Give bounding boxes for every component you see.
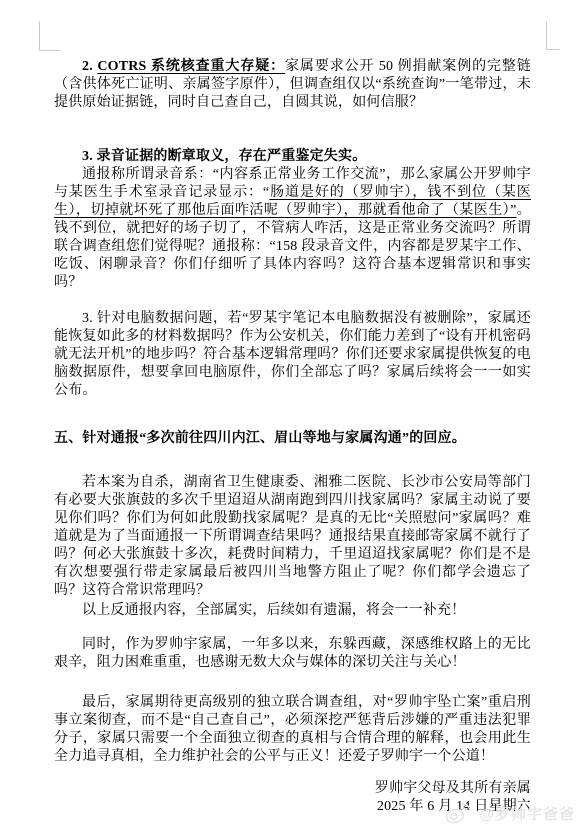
watermark-handle: @罗帅宇爸爸 [479,803,575,824]
document-page: 2. COTRS 系统核查重大存疑：家属要求公开 50 例捐献案例的完整链（含供… [0,0,582,834]
paragraph-cotrs-doubt: 2. COTRS 系统核查重大存疑：家属要求公开 50 例捐献案例的完整链（含供… [54,58,531,112]
paragraph-computer-data: 3. 针对电脑数据问题，若“罗某宇笔记本电脑数据没有被删除”，家属还能恢复如此多… [54,310,531,400]
cotrs-lead-underlined: COTRS 系统核查重大存疑： [97,59,285,74]
cotrs-number: 2. [82,59,97,74]
heading-recording-evidence: 3. 录音证据的断章取义，存在严重鉴定失实。 [54,148,531,166]
signature-line: 罗帅宇父母及其所有亲属 [54,780,531,798]
paragraph-summary: 以上反通报内容，全部属实，后续如有遗漏，将会一一补充！ [54,602,531,620]
paragraph-recording: 通报称所谓录音系：“内容系正常业务工作交流”，那么家属公开罗帅宇与某医生手术室录… [54,166,531,292]
crop-mark-top-left-icon [39,21,60,51]
document-content: 2. COTRS 系统核查重大存疑：家属要求公开 50 例捐献案例的完整链（含供… [54,58,531,816]
crop-mark-top-right-icon [546,22,560,50]
paragraph-thanks: 同时，作为罗帅宇家属，一年多以来，东躲西藏，深感维权路上的无比艰辛，阻力困难重重… [54,636,531,672]
heading-section-five: 五、针对通报“多次前往四川内江、眉山等地与家属沟通”的回应。 [54,430,531,448]
paragraph-travel-response: 若本案为自杀，湖南省卫生健康委、湘雅二医院、长沙市公安局等部门有必要大张旗鼓的多… [54,474,531,600]
weibo-watermark: @罗帅宇爸爸 [444,801,575,826]
weibo-logo-icon [444,801,474,826]
paragraph-final-appeal: 最后，家属期待更高级别的独立联合调查组，对“罗帅宇坠亡案”重启刑事立案彻查，而不… [54,694,531,766]
